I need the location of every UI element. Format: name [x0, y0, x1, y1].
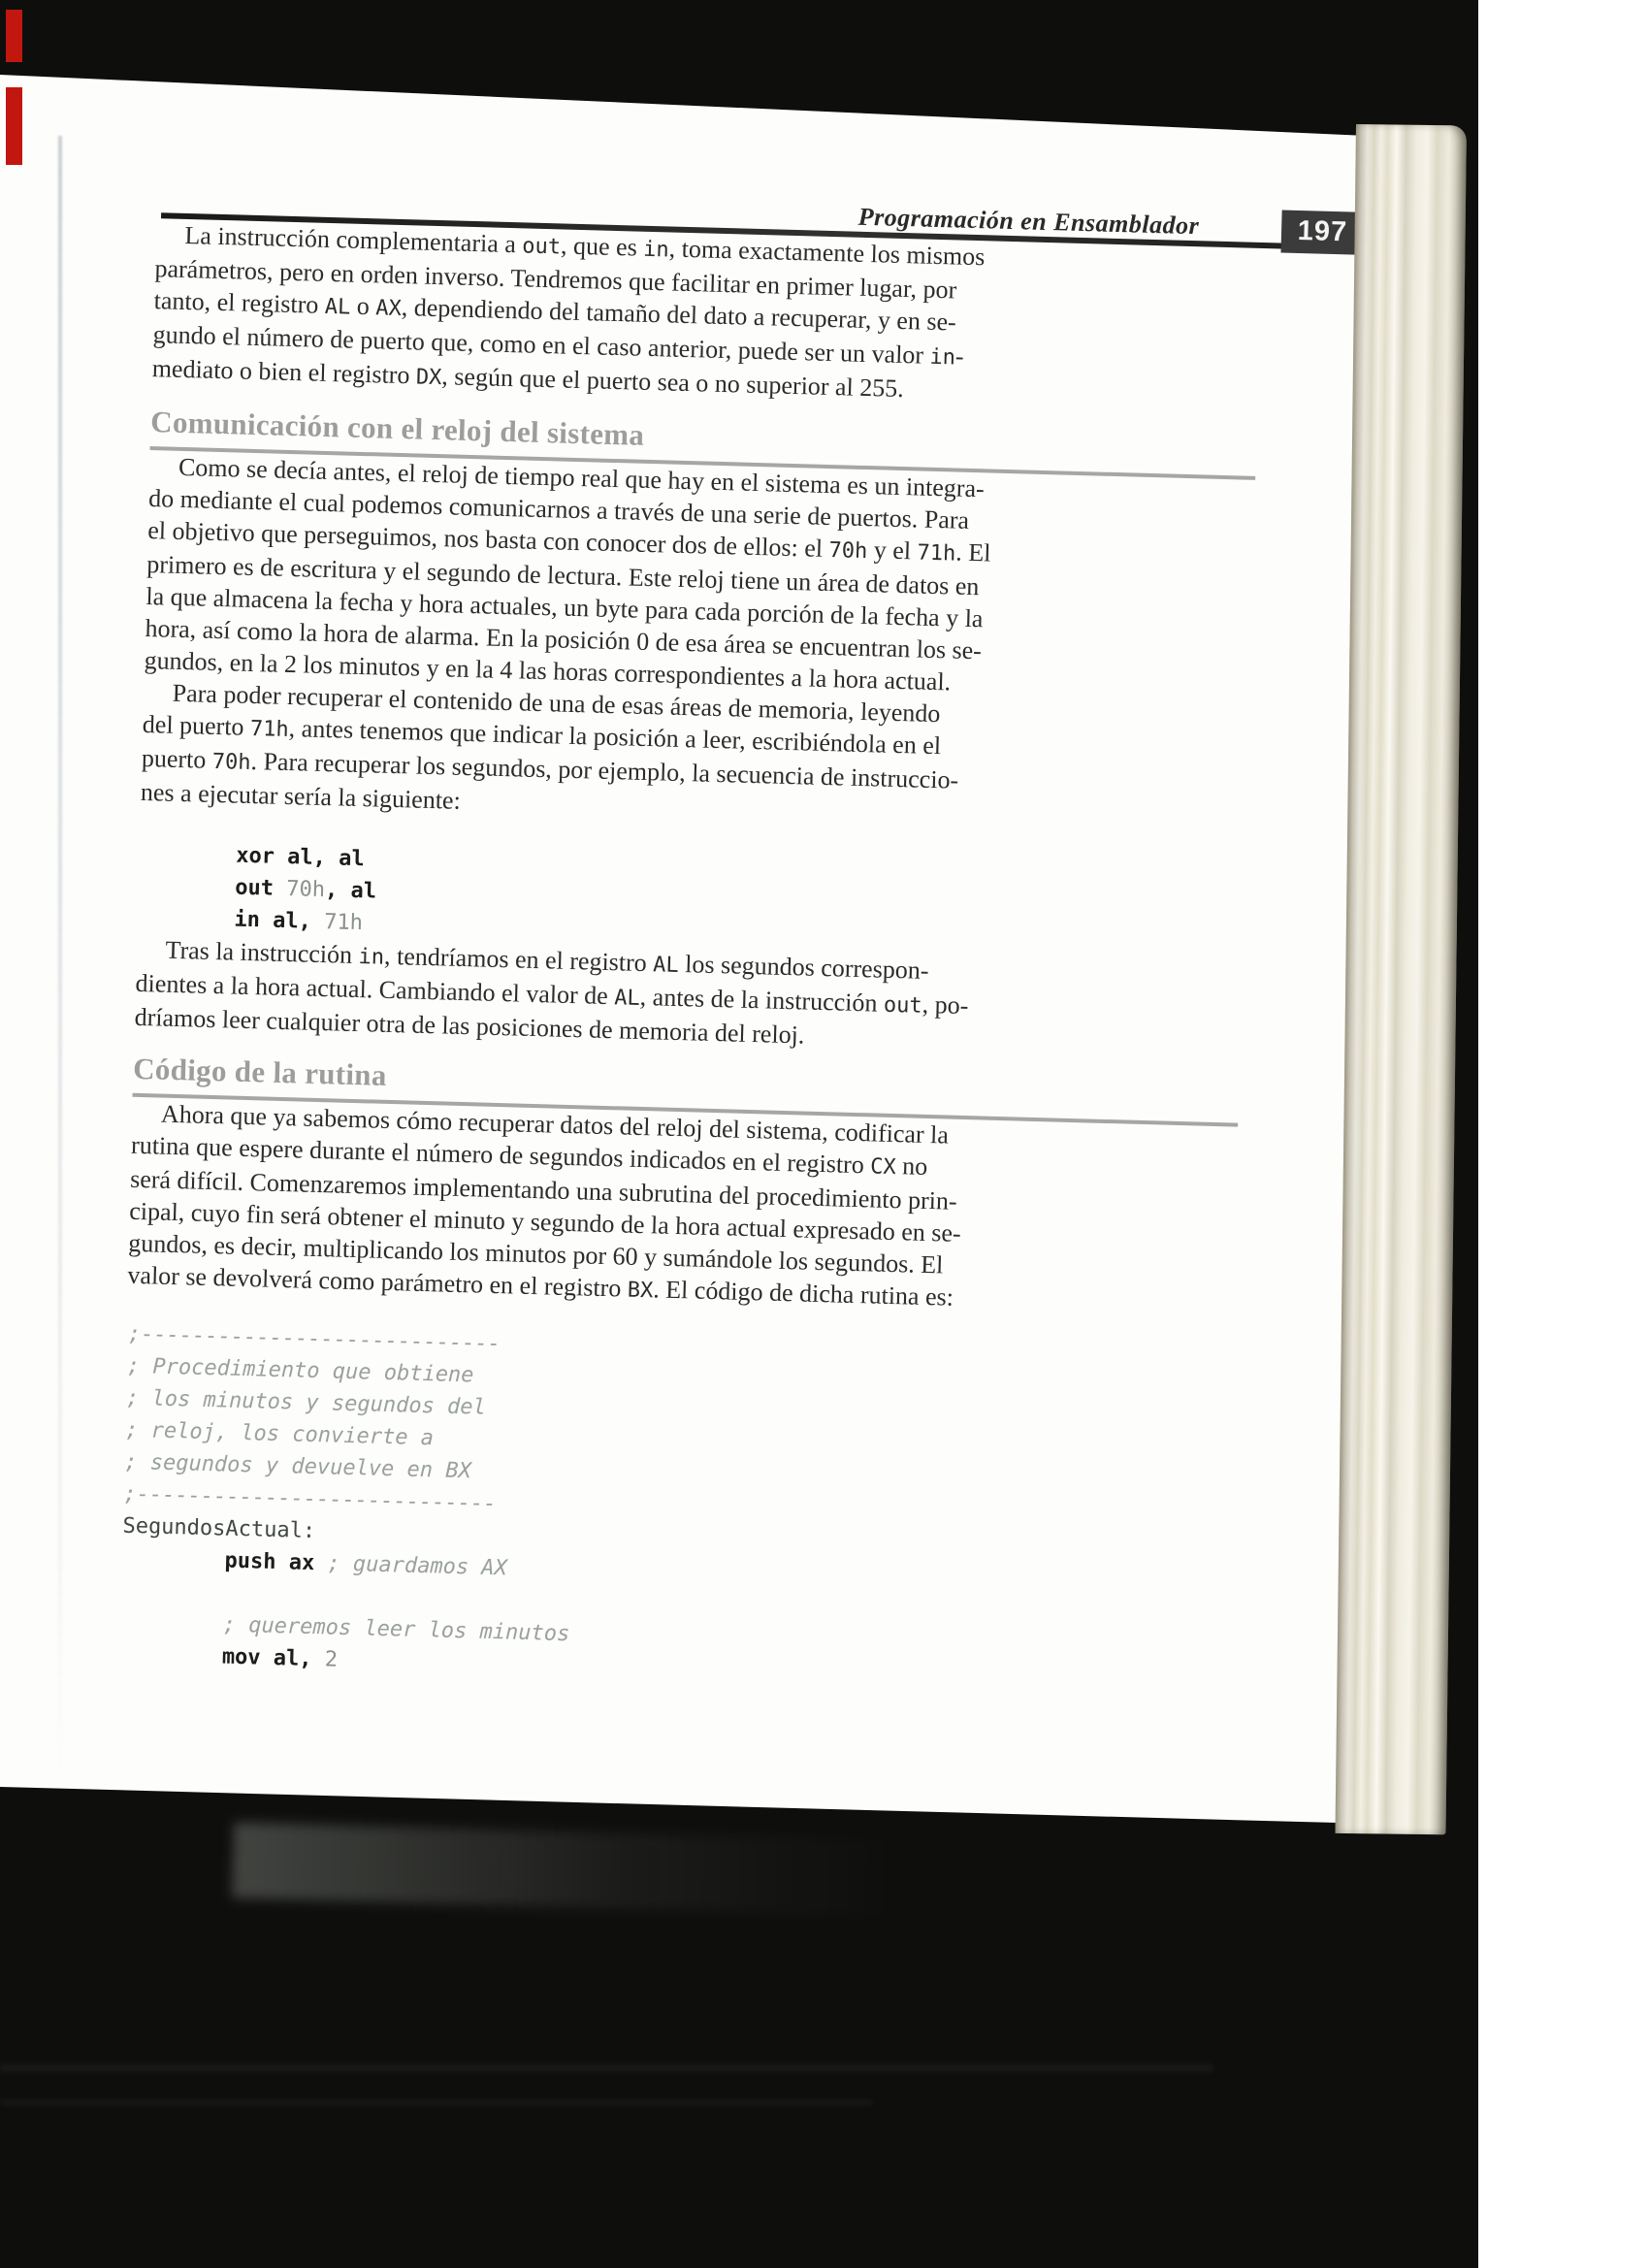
code-block-segundos-actual: ;---------------------------- ; Procedim… [119, 1318, 1232, 1701]
cover-reflection [232, 1823, 893, 1917]
stacked-page-edges [1335, 124, 1467, 1834]
routine-paragraph-1: Ahora que ya sabemos cómo recuperar dato… [127, 1097, 1238, 1323]
text-column: La instrucción complementaria a out, que… [117, 218, 1262, 1700]
cover-streak [0, 2064, 1212, 2072]
cover-streak [0, 2100, 873, 2105]
clock-paragraph-1: Como se decía antes, el reloj de tiempo … [144, 450, 1255, 706]
red-edge-mark [6, 10, 22, 62]
page-number-badge: 197 [1280, 211, 1365, 255]
red-edge-mark [6, 87, 22, 165]
intro-paragraph: La instrucción complementaria a out, que… [151, 218, 1261, 416]
scan-root: { "meta": { "photo_bg": "#0e0e0c", "page… [0, 0, 1649, 2268]
book-photo-background: Programación en Ensamblador 197 La instr… [0, 0, 1478, 2268]
book-page: Programación en Ensamblador 197 La instr… [0, 58, 1416, 1853]
page-content: Programación en Ensamblador 197 La instr… [0, 73, 1415, 1704]
page-gutter-shadow [58, 136, 62, 1785]
